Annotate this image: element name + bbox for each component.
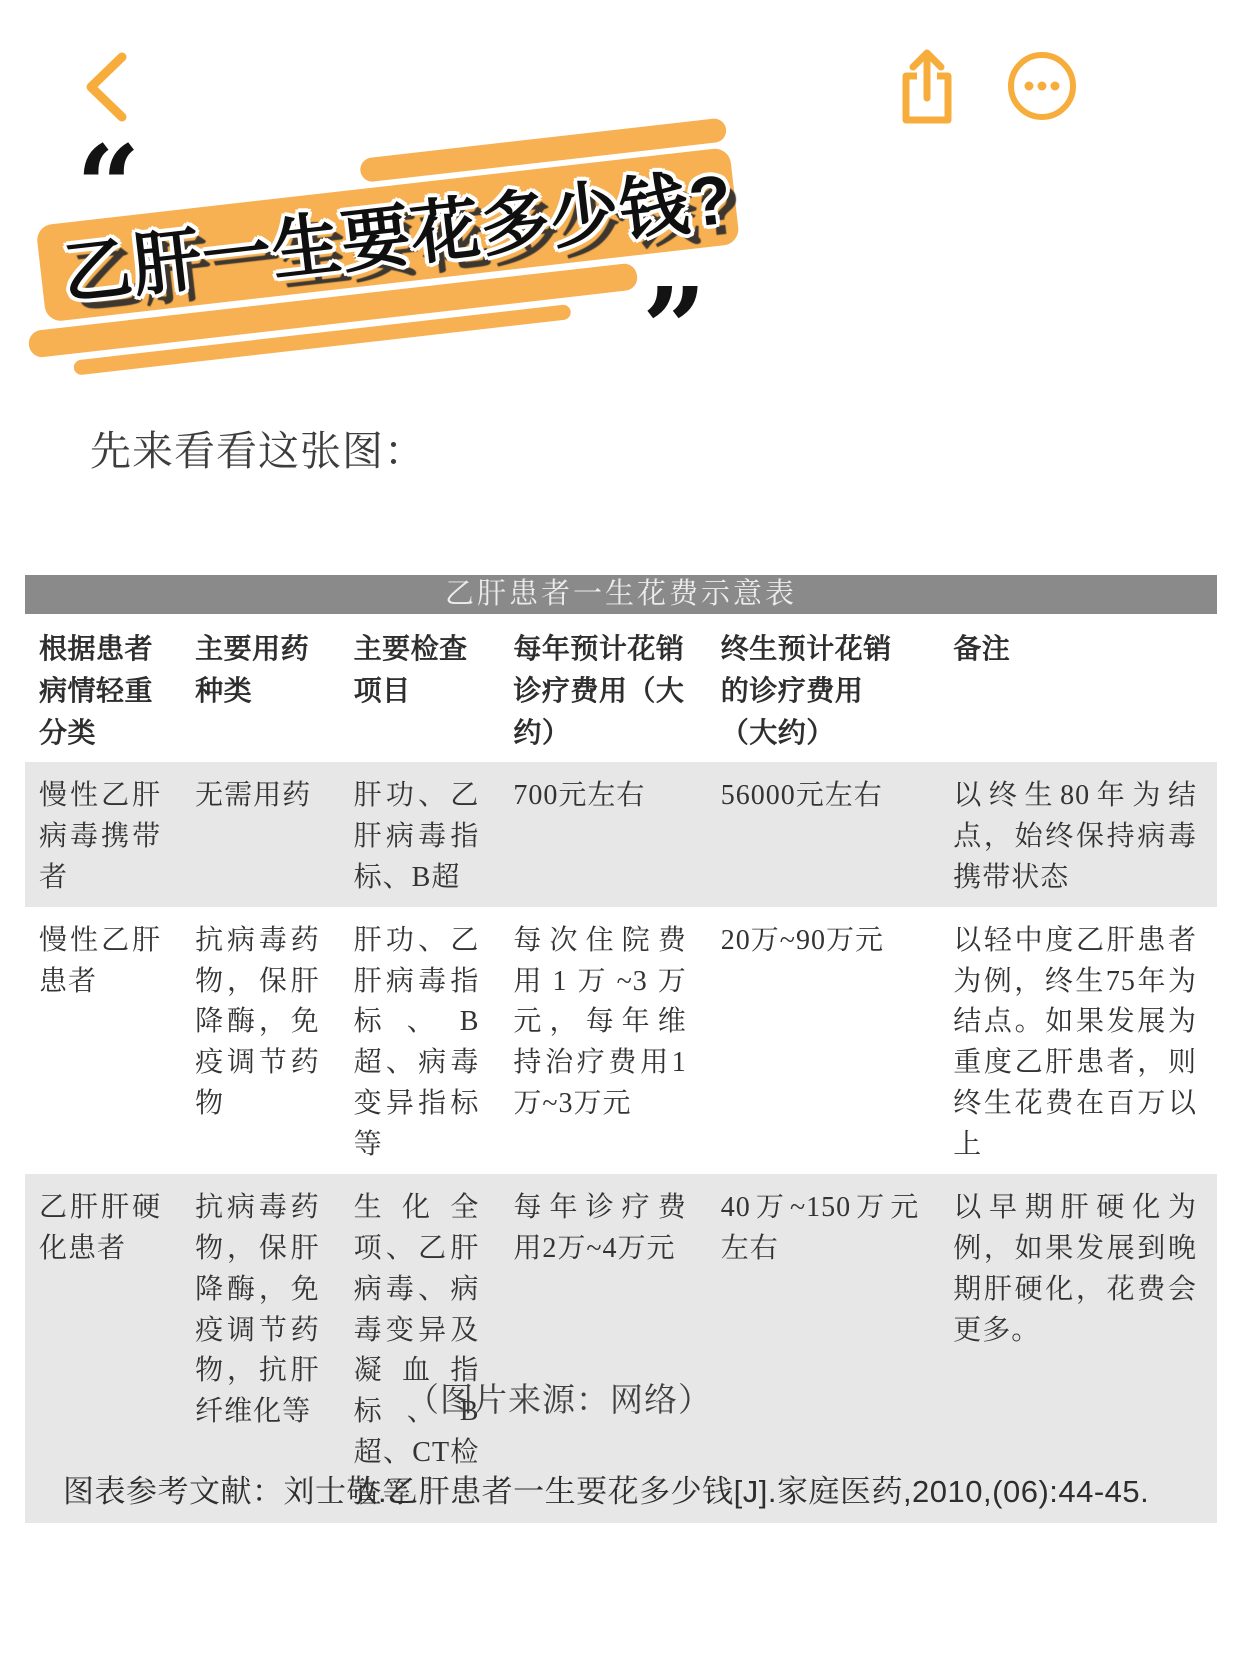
back-button[interactable] <box>80 50 134 127</box>
col-header: 主要检查项目 <box>340 614 500 762</box>
table-title: 乙肝患者一生花费示意表 <box>25 575 1217 614</box>
col-header: 根据患者病情轻重分类 <box>25 614 181 762</box>
share-icon <box>896 116 958 131</box>
image-source-caption: （图片来源：网络） <box>0 1374 1180 1421</box>
table-row: 慢性乙肝病毒携带者 无需用药 肝功、乙肝病毒指标、B超 700元左右 56000… <box>25 762 1217 907</box>
table-header-row: 根据患者病情轻重分类 主要用药种类 主要检查项目 每年预计花销诊疗费用（大约） … <box>25 614 1217 762</box>
table-cell: 慢性乙肝病毒携带者 <box>25 762 181 907</box>
table-cell: 以轻中度乙肝患者为例，终生75年为结点。如果发展为重度乙肝患者，则终生花费在百万… <box>939 907 1217 1174</box>
table-cell: 20万~90万元 <box>707 907 939 1174</box>
col-header: 每年预计花销诊疗费用（大约） <box>499 614 706 762</box>
table-cell: 56000元左右 <box>707 762 939 907</box>
table-cell: 肝功、乙肝病毒指标、B超 <box>340 762 500 907</box>
table-cell: 慢性乙肝患者 <box>25 907 181 1174</box>
table-cell: 肝功、乙肝病毒指标、B超、病毒变异指标等 <box>340 907 500 1174</box>
table-cell: 每次住院费用1万~3万元，每年维持治疗费用1万~3万元 <box>499 907 706 1174</box>
table-row: 慢性乙肝患者 抗病毒药物，保肝降酶，免疫调节药物 肝功、乙肝病毒指标、B超、病毒… <box>25 907 1217 1174</box>
intro-text: 先来看看这张图： <box>90 418 426 477</box>
close-quote: ” <box>642 300 706 360</box>
share-button[interactable] <box>896 46 958 131</box>
table-cell: 无需用药 <box>181 762 340 907</box>
more-options-button[interactable] <box>1006 50 1078 125</box>
col-header: 备注 <box>939 614 1217 762</box>
col-header: 终生预计花销的诊疗费用（大约） <box>707 614 939 762</box>
col-header: 主要用药种类 <box>181 614 340 762</box>
table-cell: 700元左右 <box>499 762 706 907</box>
ellipsis-circle-icon <box>1006 110 1078 125</box>
table-cell: 以终生80年为结点，始终保持病毒携带状态 <box>939 762 1217 907</box>
table-cell: 抗病毒药物，保肝降酶，免疫调节药物 <box>181 907 340 1174</box>
reference-citation: 图表参考文献：刘士敬.乙肝患者一生要花多少钱[J].家庭医药,2010,(06)… <box>63 1466 1149 1511</box>
